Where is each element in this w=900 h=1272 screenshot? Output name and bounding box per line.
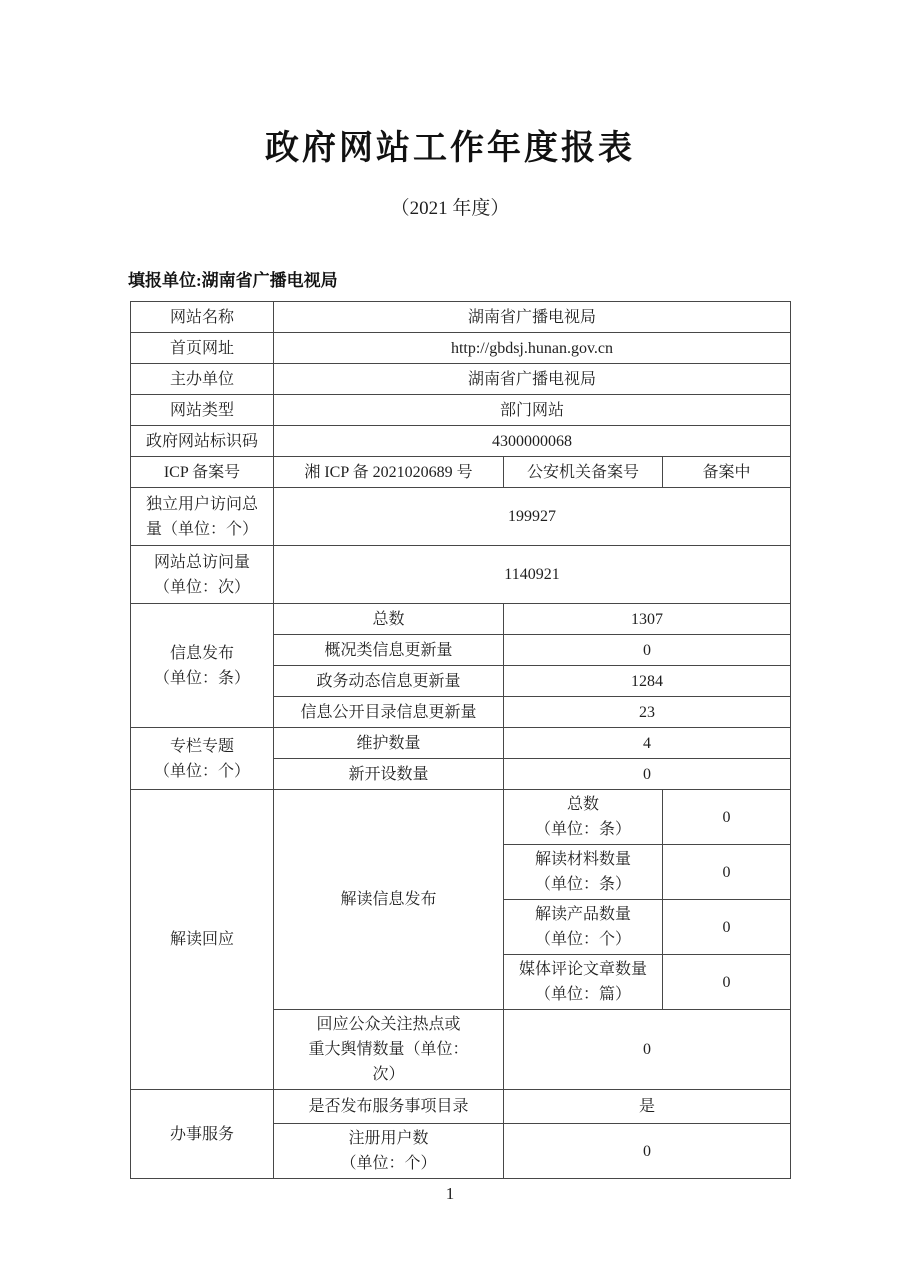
site-type-value: 部门网站: [274, 395, 791, 426]
info-publish-item-label: 概况类信息更新量: [274, 635, 504, 666]
total-visits-value: 1140921: [274, 546, 791, 604]
table-row: 独立用户访问总 量（单位：个） 199927: [131, 488, 791, 546]
site-name-value: 湖南省广播电视局: [274, 302, 791, 333]
interpretation-item-value: 0: [663, 900, 791, 955]
info-publish-item-value: 0: [504, 635, 791, 666]
home-url-label: 首页网址: [131, 333, 274, 364]
total-visits-label: 网站总访问量 （单位：次）: [131, 546, 274, 604]
interpretation-item-value: 0: [663, 845, 791, 900]
info-publish-item-label: 政务动态信息更新量: [274, 666, 504, 697]
page-title: 政府网站工作年度报表: [0, 120, 900, 169]
organizer-label: 主办单位: [131, 364, 274, 395]
interpretation-item-value: 0: [663, 955, 791, 1010]
page-number: 1: [0, 1184, 900, 1204]
interpretation-item-label: 解读材料数量 （单位：条）: [504, 845, 663, 900]
services-group-label: 办事服务: [131, 1090, 274, 1179]
table-row: 网站总访问量 （单位：次） 1140921: [131, 546, 791, 604]
services-item-value: 是: [504, 1090, 791, 1124]
site-code-label: 政府网站标识码: [131, 426, 274, 457]
special-columns-item-label: 维护数量: [274, 728, 504, 759]
organizer-value: 湖南省广播电视局: [274, 364, 791, 395]
info-publish-item-value: 1307: [504, 604, 791, 635]
table-row: 网站名称 湖南省广播电视局: [131, 302, 791, 333]
unique-visitors-label: 独立用户访问总 量（单位：个）: [131, 488, 274, 546]
police-record-value: 备案中: [663, 457, 791, 488]
interpretation-item-label: 媒体评论文章数量 （单位：篇）: [504, 955, 663, 1010]
special-columns-item-label: 新开设数量: [274, 759, 504, 790]
table-row: 办事服务 是否发布服务事项目录 是: [131, 1090, 791, 1124]
services-item-label: 注册用户数 （单位：个）: [274, 1124, 504, 1179]
interpretation-item-label: 总数 （单位：条）: [504, 790, 663, 845]
unique-visitors-value: 199927: [274, 488, 791, 546]
special-columns-item-value: 4: [504, 728, 791, 759]
page-subtitle: （2021 年度）: [0, 193, 900, 220]
interpretation-publish-label: 解读信息发布: [274, 790, 504, 1010]
special-columns-item-value: 0: [504, 759, 791, 790]
table-row: 政府网站标识码 4300000068: [131, 426, 791, 457]
icp-label: ICP 备案号: [131, 457, 274, 488]
interpretation-item-value: 0: [663, 790, 791, 845]
table-row: 专栏专题 （单位：个） 维护数量 4: [131, 728, 791, 759]
interpretation-item-label: 解读产品数量 （单位：个）: [504, 900, 663, 955]
table-row: ICP 备案号 湘 ICP 备 2021020689 号 公安机关备案号 备案中: [131, 457, 791, 488]
site-code-value: 4300000068: [274, 426, 791, 457]
reporting-unit: 填报单位:湖南省广播电视局: [128, 266, 338, 291]
public-response-value: 0: [504, 1010, 791, 1090]
services-item-value: 0: [504, 1124, 791, 1179]
services-item-label: 是否发布服务事项目录: [274, 1090, 504, 1124]
table-row: 主办单位 湖南省广播电视局: [131, 364, 791, 395]
table-row: 解读回应 解读信息发布 总数 （单位：条） 0: [131, 790, 791, 845]
public-response-label: 回应公众关注热点或 重大舆情数量（单位： 次）: [274, 1010, 504, 1090]
info-publish-item-label: 总数: [274, 604, 504, 635]
site-type-label: 网站类型: [131, 395, 274, 426]
police-record-label: 公安机关备案号: [504, 457, 663, 488]
interpretation-group-label: 解读回应: [131, 790, 274, 1090]
table-row: 信息发布 （单位：条） 总数 1307: [131, 604, 791, 635]
info-publish-item-value: 23: [504, 697, 791, 728]
home-url-value: http://gbdsj.hunan.gov.cn: [274, 333, 791, 364]
special-columns-group-label: 专栏专题 （单位：个）: [131, 728, 274, 790]
site-name-label: 网站名称: [131, 302, 274, 333]
table-row: 网站类型 部门网站: [131, 395, 791, 426]
table-row: 首页网址 http://gbdsj.hunan.gov.cn: [131, 333, 791, 364]
info-publish-item-value: 1284: [504, 666, 791, 697]
info-publish-item-label: 信息公开目录信息更新量: [274, 697, 504, 728]
icp-value: 湘 ICP 备 2021020689 号: [274, 457, 504, 488]
annual-report-table: 网站名称 湖南省广播电视局 首页网址 http://gbdsj.hunan.go…: [130, 301, 791, 1179]
info-publish-group-label: 信息发布 （单位：条）: [131, 604, 274, 728]
